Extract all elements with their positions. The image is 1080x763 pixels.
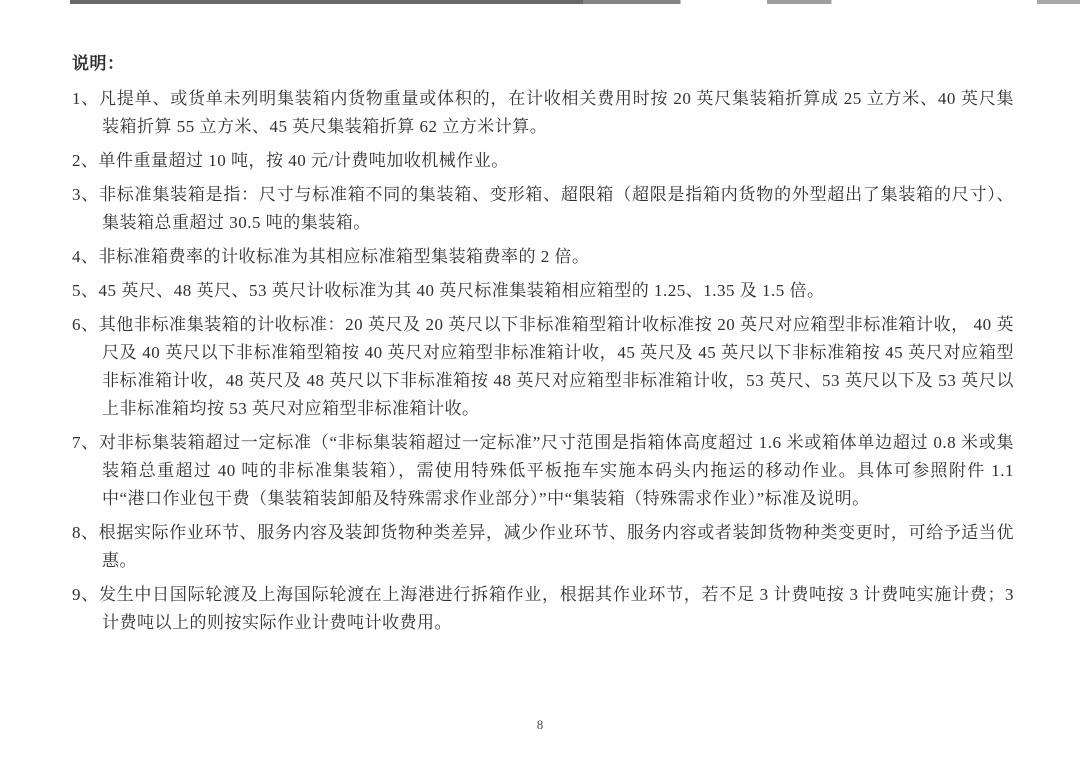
item-text: 凡提单、或货单未列明集装箱内货物重量或体积的，在计收相关费用时按 20 英尺集装…	[99, 89, 1014, 136]
list-item: 4、非标准箱费率的计收标准为其相应标准箱型集装箱费率的 2 倍。	[72, 243, 1014, 271]
notes-list: 1、凡提单、或货单未列明集装箱内货物重量或体积的，在计收相关费用时按 20 英尺…	[72, 85, 1014, 637]
item-text: 非标准箱费率的计收标准为其相应标准箱型集装箱费率的 2 倍。	[99, 247, 590, 266]
item-number: 4、	[72, 247, 99, 266]
item-number: 2、	[72, 151, 99, 170]
list-item: 1、凡提单、或货单未列明集装箱内货物重量或体积的，在计收相关费用时按 20 英尺…	[72, 85, 1014, 141]
list-item: 7、对非标集装箱超过一定标准（“非标集装箱超过一定标准”尺寸范围是指箱体高度超过…	[72, 429, 1014, 513]
list-item: 8、根据实际作业环节、服务内容及装卸货物种类差异，减少作业环节、服务内容或者装卸…	[72, 519, 1014, 575]
list-item: 6、其他非标准集装箱的计收标准：20 英尺及 20 英尺以下非标准箱型箱计收标准…	[72, 311, 1014, 423]
item-number: 3、	[72, 185, 99, 204]
item-text: 根据实际作业环节、服务内容及装卸货物种类差异，减少作业环节、服务内容或者装卸货物…	[99, 523, 1014, 570]
item-text: 45 英尺、48 英尺、53 英尺计收标准为其 40 英尺标准集装箱相应箱型的 …	[99, 281, 825, 300]
document-page: 说明： 1、凡提单、或货单未列明集装箱内货物重量或体积的，在计收相关费用时按 2…	[0, 0, 1080, 763]
list-item: 9、发生中日国际轮渡及上海国际轮渡在上海港进行拆箱作业，根据其作业环节，若不足 …	[72, 581, 1014, 637]
scan-artifact-line	[0, 0, 1080, 4]
list-item: 5、45 英尺、48 英尺、53 英尺计收标准为其 40 英尺标准集装箱相应箱型…	[72, 277, 1014, 305]
item-number: 7、	[72, 433, 99, 452]
item-number: 5、	[72, 281, 99, 300]
page-number: 8	[0, 717, 1080, 733]
list-item: 3、非标准集装箱是指：尺寸与标准箱不同的集装箱、变形箱、超限箱（超限是指箱内货物…	[72, 181, 1014, 237]
section-heading: 说明：	[72, 50, 1014, 78]
item-number: 1、	[72, 89, 99, 108]
item-number: 6、	[72, 315, 99, 334]
item-number: 9、	[72, 585, 99, 604]
item-text: 对非标集装箱超过一定标准（“非标集装箱超过一定标准”尺寸范围是指箱体高度超过 1…	[99, 433, 1014, 508]
document-content: 说明： 1、凡提单、或货单未列明集装箱内货物重量或体积的，在计收相关费用时按 2…	[72, 50, 1014, 643]
item-number: 8、	[72, 523, 99, 542]
list-item: 2、单件重量超过 10 吨，按 40 元/计费吨加收机械作业。	[72, 147, 1014, 175]
item-text: 发生中日国际轮渡及上海国际轮渡在上海港进行拆箱作业，根据其作业环节，若不足 3 …	[99, 585, 1014, 632]
item-text: 非标准集装箱是指：尺寸与标准箱不同的集装箱、变形箱、超限箱（超限是指箱内货物的外…	[99, 185, 1014, 232]
item-text: 单件重量超过 10 吨，按 40 元/计费吨加收机械作业。	[99, 151, 509, 170]
item-text: 其他非标准集装箱的计收标准：20 英尺及 20 英尺以下非标准箱型箱计收标准按 …	[99, 315, 1014, 418]
